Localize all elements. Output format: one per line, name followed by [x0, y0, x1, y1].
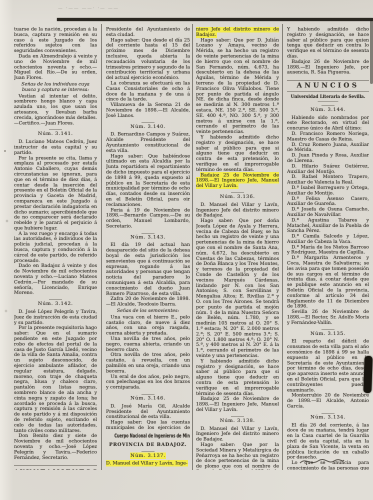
notice-paragraph: D.ª Josefa de Osuna Camacho, Auxiliar de… [287, 207, 369, 218]
notice-number: Núm. 3.134. [287, 413, 369, 420]
notice-paragraph: D. José María Gil, Alcalde Presidente de… [106, 404, 190, 420]
notice-number: Núm. 3.140. [106, 122, 190, 129]
notice-paragraph: D. Juan Pineda y Rosa, Auxiliar de Llere… [287, 153, 369, 164]
notice-number: Núm. 3.135. [287, 329, 369, 336]
notice-paragraph: D. Francisco Romero Noriega, Maestro de … [287, 131, 369, 142]
notice-number: Núm. 3.142. [14, 300, 97, 307]
notice-paragraph: niero Jefe del distrito minero de Badajo… [196, 27, 279, 38]
institution-heading: Universidad Literaria de Sevilla. [290, 94, 366, 101]
running-head-fragment: — ·—— ——· ·— —— [58, 6, 188, 11]
column-divider [192, 24, 193, 470]
notice-paragraph: Y habiendo admitido dicho registro y des… [287, 27, 369, 59]
notice-paragraph: El reparto del déficit de consumos de es… [287, 339, 369, 393]
notice-paragraph: A la vez ruego y encargo á todas las aut… [14, 231, 97, 263]
notice-paragraph: D. Luciano Mateos Cedrón, Juez instructo… [14, 140, 97, 156]
notice-number: Núm. 3.141. [14, 130, 97, 137]
agency-heading: Cuerpo Nacional de Ingenieros de Minas. [114, 433, 181, 440]
notice-paragraph: Presidente del Ayuntamiento de esta ciud… [106, 27, 190, 38]
notice-paragraph: Y habiendo admitido dicho registro y des… [196, 359, 279, 397]
notice-paragraph: Hago saber: Que las cuentas municipales … [106, 420, 190, 430]
notice-dateline: Dado en Badajoz á veinte y dos de Noviem… [14, 264, 97, 296]
notice-paragraph: Una vaca con el hierro E., pelo castaño … [106, 315, 190, 337]
signature-flourish [298, 457, 346, 467]
text-column-1: tuarse de la nación, procedan á la busca… [14, 27, 97, 470]
notice-dateline: Villanueva de la Serena 21 de Noviembre … [106, 103, 190, 119]
notice-number: Núm. 3.146. [106, 394, 190, 401]
notice-dateline: Badajoz 25 de Noviembre de 1898.—El Inge… [196, 397, 279, 413]
paper-specks [4, 150, 6, 152]
notice-paragraph: D.ª Camila Salcedo y López, Auxiliar de … [287, 234, 369, 245]
text-column-2-footer: Cuerpo Nacional de Ingenieros de Minas.P… [106, 430, 190, 470]
province-heading: PROVINCIA DE BADAJOZ. [106, 442, 190, 447]
column-divider [101, 24, 102, 470]
notice-number: Núm. 3.138. [196, 416, 279, 423]
text-column-2: Presidente del Ayuntamiento de esta ciud… [106, 27, 190, 430]
newspaper-page: — ·—— ——· ·— —— tuarse de la nación, pro… [0, 0, 373, 500]
notice-paragraph: Vestían al intentar el delito, sombrero … [14, 94, 97, 126]
notice-paragraph: Hago saber: Que por doña Josefa López de… [196, 219, 279, 359]
notice-paragraph: D. José López Pelegrín y Tavira, Juez de… [14, 310, 97, 326]
notice-note: Señas de los individuos cuya busca y cap… [14, 82, 97, 93]
notice-dateline: Badajoz 26 de Noviembre de 1898.—El Inge… [287, 59, 369, 75]
notice-paragraph: D. Rafael Montero Trapero, Auxiliar de V… [287, 175, 369, 186]
notice-paragraph: Hago saber: Que habiéndose ultimado en e… [106, 154, 190, 208]
section-heading: ANUNCIOS [287, 80, 369, 91]
text-column-3: niero Jefe del distrito minero de Badajo… [196, 27, 279, 470]
notice-paragraph: La cobranza se efectuará en las Casas Co… [106, 81, 190, 103]
notice-note: Señas de los semovientes: [106, 309, 190, 314]
notice-paragraph: D. Manuel del Villar y Lavín, Ingeniero … [196, 426, 279, 442]
notice-paragraph: Habiendo sido nombrados por este Rectora… [287, 115, 369, 131]
notice-paragraph: Por la presente requisitoria hago saber:… [14, 326, 97, 434]
notice-paragraph: D.ª Margarita Armenteros y Coca, Maestra… [287, 256, 369, 310]
top-rule [57, 18, 373, 21]
notice-paragraph: Hago saber: Que por D. Julián Lozano y A… [196, 38, 279, 135]
notice-number: Núm. 3.136. [196, 192, 279, 199]
notice-paragraph: D. Manuel del Villar y Lavín, Inge- [106, 461, 190, 466]
notice-paragraph: Un eral de dos años, pelo negro, con pel… [106, 374, 190, 390]
notice-paragraph: El día 19 del actual han desaparecido de… [106, 243, 190, 297]
notice-paragraph: Hago saber: Que por la Sociedad Minera y… [196, 442, 279, 470]
section-heading: AYUNTAMIENTOS [14, 466, 97, 470]
notice-paragraph: Otra novilla de tres años, pelo castaño,… [106, 353, 190, 375]
notice-paragraph: El día 26 del corriente, á las doce de s… [287, 423, 369, 461]
notice-paragraph: Hago saber: Que desde el día 25 del corr… [106, 38, 190, 81]
notice-paragraph: D.ª Felisa Asenso Casero, Auxiliar de Gu… [287, 196, 369, 207]
notice-paragraph: D.ª Agustina Tabares y Matachel, Auxilia… [287, 218, 369, 234]
notice-paragraph: Por la presente se cita, llama y emplaza… [14, 156, 97, 232]
text-column-4: Y habiendo admitido dicho registro y des… [287, 27, 369, 470]
notice-dateline: Dada en Almendralejo á veinte y uno de N… [14, 54, 97, 81]
notice-dateline: Don Benito diez y siete de Noviembre de … [14, 434, 97, 461]
notice-paragraph: Y habiendo admitido dicho registro y des… [196, 135, 279, 173]
notice-dateline: Feria á 19 de Noviembre de 1898.—Bernard… [106, 208, 190, 230]
ink-blot [363, 356, 372, 393]
notice-number: Núm. 3.144. [287, 105, 369, 112]
notice-paragraph: Una novilla de tres años, pelo negro, cu… [106, 337, 190, 353]
notice-paragraph: D. Bernardino Campos y Suárez, Alcalde P… [106, 132, 190, 154]
notice-number: Núm. 3.143. [106, 233, 190, 240]
notice-dateline: Monterrubio 20 de Noviembre de 1898.—El … [287, 393, 369, 409]
notice-dateline: Sevilla 26 de Noviembre de 1898.—El Rect… [287, 310, 369, 326]
notice-number: Núm. 3.137. [106, 451, 190, 458]
column-divider [282, 24, 283, 470]
notice-dateline: Badajoz 25 de Noviembre de 1898.—El Inge… [196, 173, 279, 189]
notice-paragraph: D. Manuel del Villar y Lavín, Ingeniero … [196, 202, 279, 218]
notice-paragraph: D.ª Isabel Borreguero y Ortega, Auxiliar… [287, 185, 369, 196]
notice-paragraph: D. Cruz Romero Juana, Auxiliar de Mérida… [287, 142, 369, 153]
notice-dateline: Zafra 20 de Noviembre de 1898.—El Alcald… [106, 297, 190, 308]
notice-paragraph: tuarse de la nación, procedan á la busca… [14, 27, 97, 54]
